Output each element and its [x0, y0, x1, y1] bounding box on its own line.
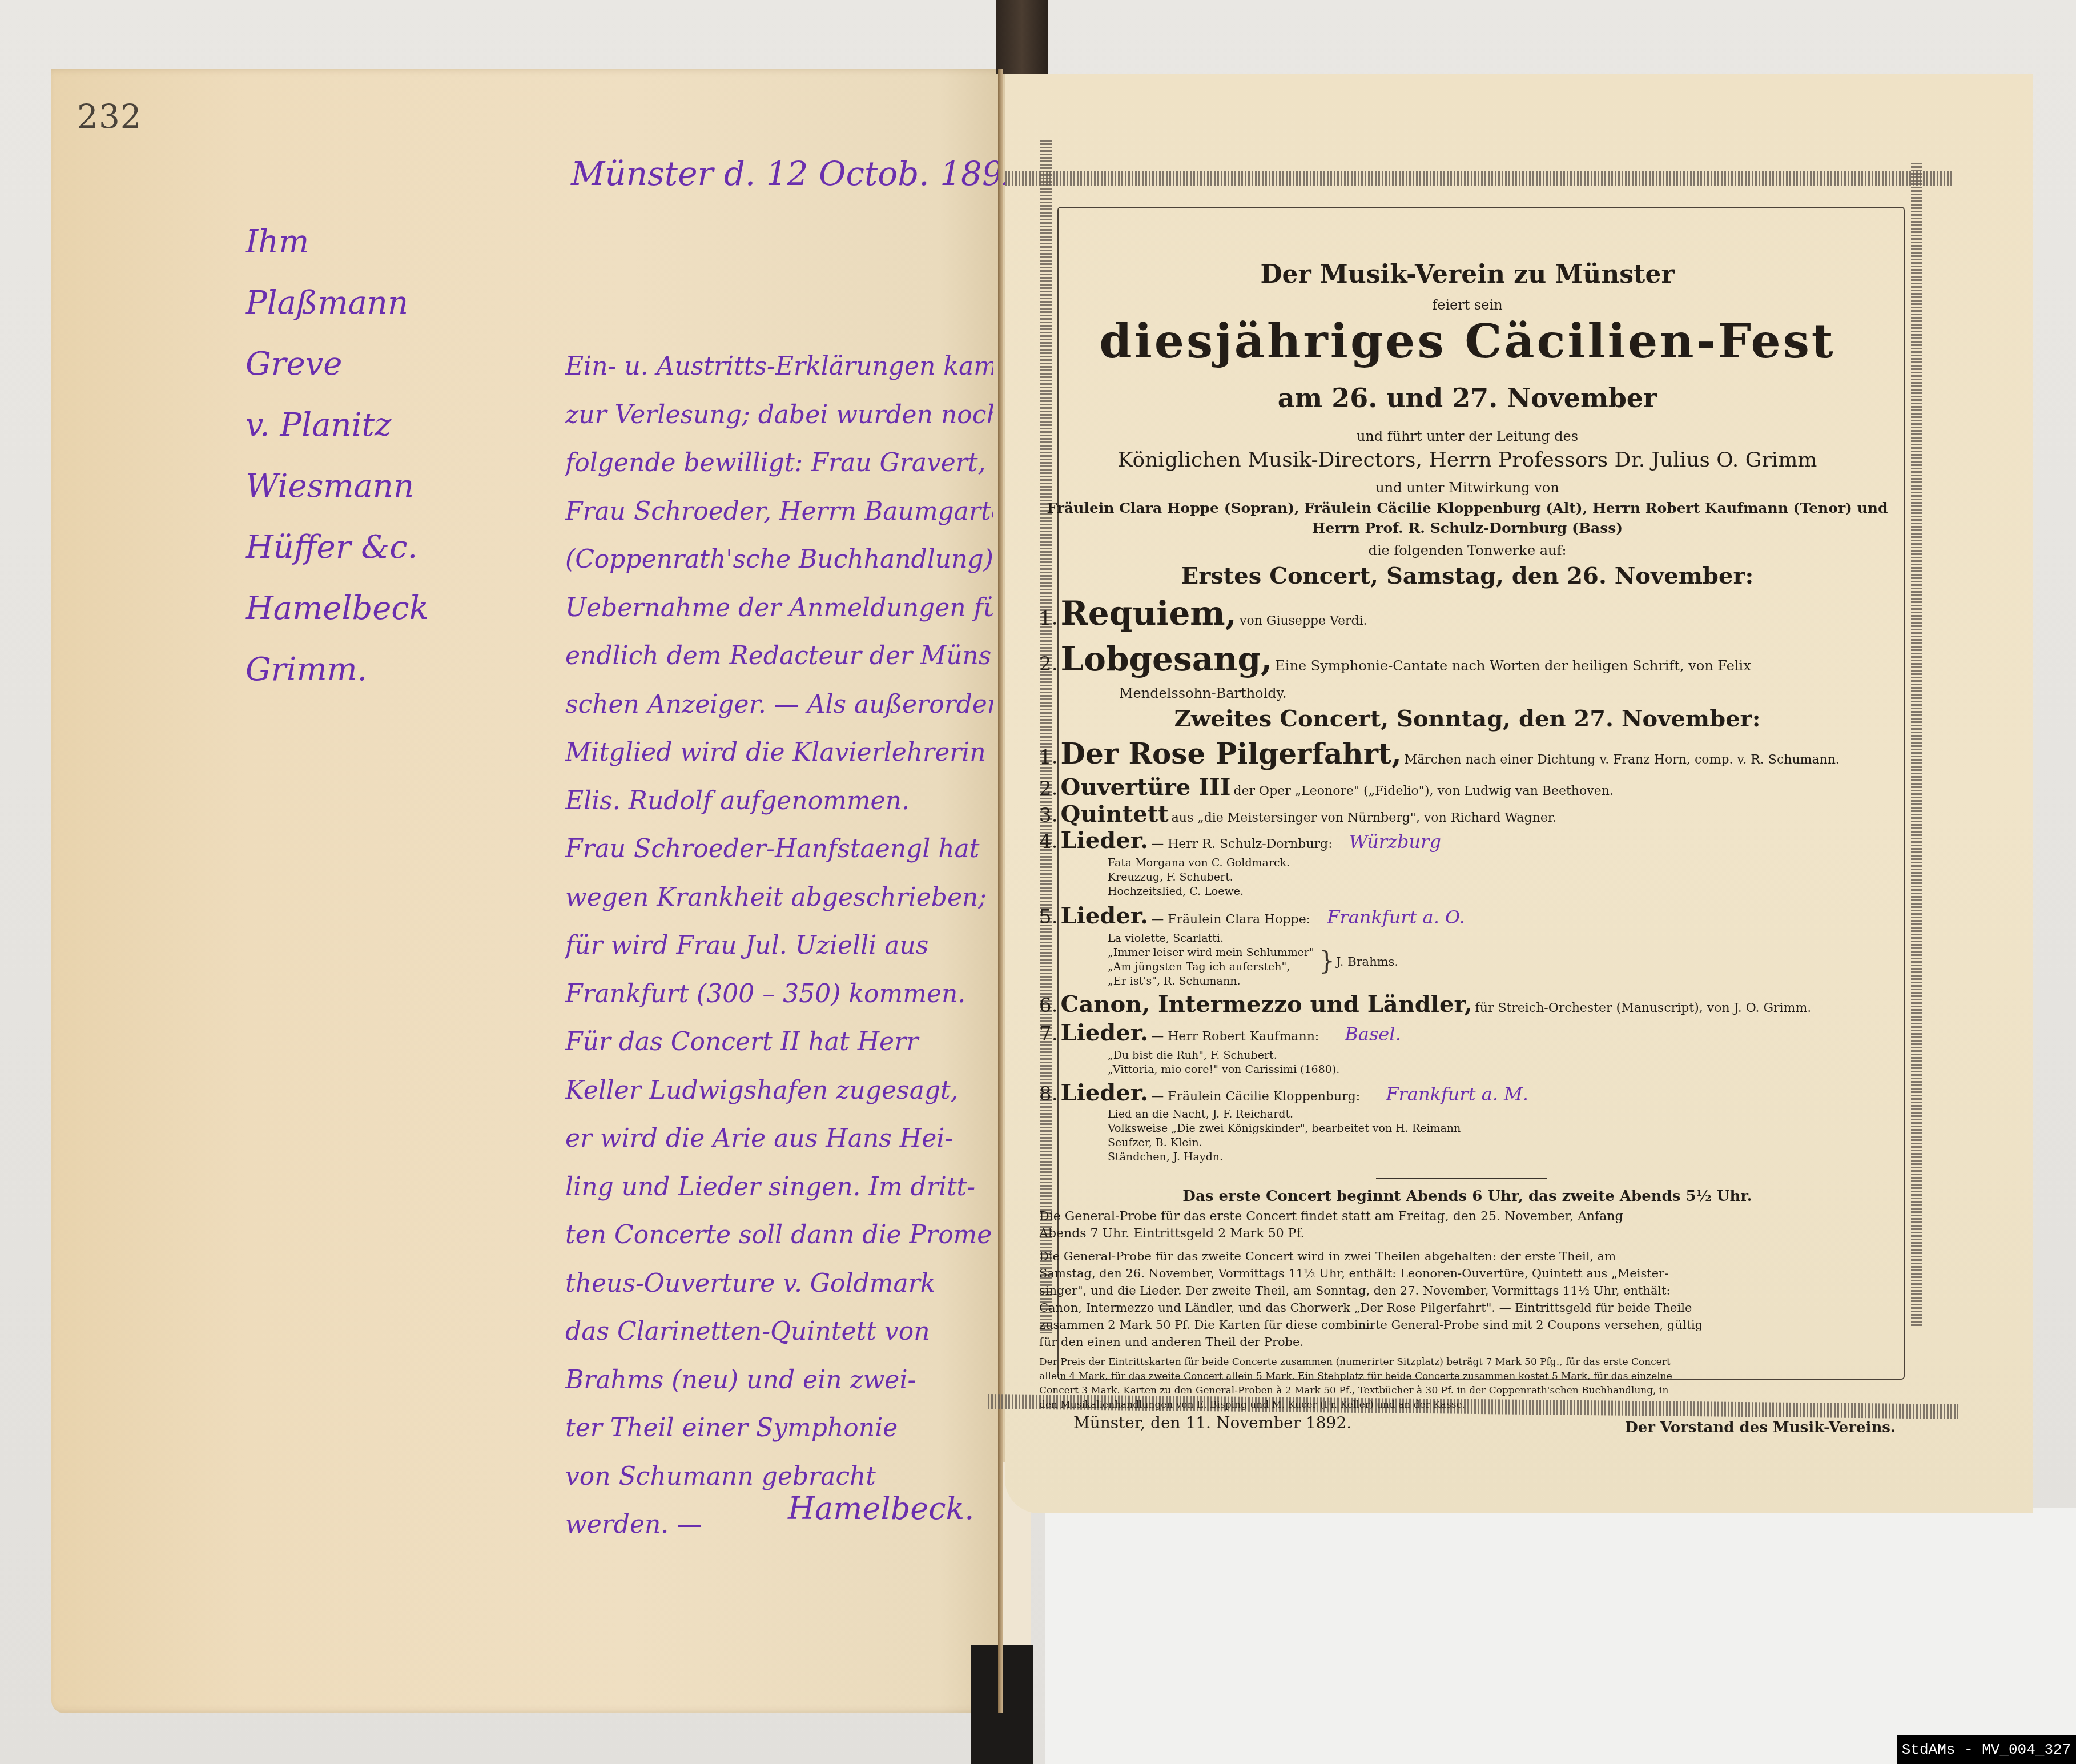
rehearsal-text: Canon, Intermezzo und Ländler, und das C…: [1039, 1299, 1896, 1317]
minutes-line: theus-Ouverture v. Goldmark: [565, 1260, 993, 1308]
tissue-paper: [1045, 1508, 2076, 1764]
handwritten-annotation: Frankfurt a. O.: [1327, 906, 1465, 928]
soloists-line: Fräulein Clara Hoppe (Sopran), Fräulein …: [1039, 500, 1896, 516]
minutes-line: Ein- u. Austritts-Erklärungen kamen: [565, 343, 993, 391]
program-item: 6. Canon, Intermezzo und Ländler, für St…: [1039, 991, 1896, 1018]
program-item: 4. Lieder. — Herr R. Schulz-Dornburg: Wü…: [1039, 827, 1896, 854]
minutes-line: Keller Ludwigshafen zugesagt,: [565, 1067, 993, 1115]
song: Lied an die Nacht, J. F. Reichardt.: [1108, 1108, 1964, 1120]
program-item: 1. Requiem, von Giuseppe Verdi.: [1039, 594, 1896, 633]
minutes-line: (Coppenrath'sche Buchhandlung) u. Frau f…: [565, 536, 993, 584]
song: „Du bist die Ruh", F. Schubert.: [1108, 1049, 1964, 1062]
handwritten-annotation: Frankfurt a. M.: [1386, 1083, 1528, 1105]
song: La violette, Scarlatti.: [1108, 932, 1964, 945]
handwritten-annotation: Basel.: [1345, 1023, 1401, 1045]
minutes-line: zur Verlesung; dabei wurden noch: [565, 391, 993, 440]
minutes-line: Frau Schroeder-Hanfstaengl hat: [565, 825, 993, 874]
minutes-line: ling und Lieder singen. Im dritt-: [565, 1163, 993, 1212]
soloists-line: Herrn Prof. R. Schulz-Dornburg (Bass): [1039, 520, 1896, 536]
minutes-line: Mitglied wird die Klavierlehrerin Frl.: [565, 729, 993, 777]
song: Hochzeitslied, C. Loewe.: [1108, 885, 1964, 898]
recipient: Plaßmann: [246, 272, 451, 333]
intro-line: die folgenden Tonwerke auf:: [1039, 543, 1896, 558]
issuer: Der Vorstand des Musik-Vereins.: [1625, 1419, 1896, 1436]
minutes-line: endlich dem Redacteur der Münster: [565, 632, 993, 681]
society-line: Der Musik-Verein zu Münster: [1039, 260, 1896, 289]
start-times: Das erste Concert beginnt Abends 6 Uhr, …: [1039, 1188, 1896, 1205]
song: Ständchen, J. Haydn.: [1108, 1151, 1964, 1163]
program-item: 5. Lieder. — Fräulein Clara Hoppe: Frank…: [1039, 902, 1896, 929]
recipient: v. Planitz: [246, 395, 451, 456]
border-top-rule: [1005, 171, 1953, 186]
rehearsal-text: singer", und die Lieder. Der zweite Thei…: [1039, 1282, 1896, 1300]
program-item: 3. Quintett aus „die Meistersinger von N…: [1039, 801, 1896, 827]
intro-line: feiert sein: [1039, 297, 1896, 313]
song: Seufzer, B. Klein.: [1108, 1136, 1964, 1149]
rehearsal-text: für den einen und anderen Theil der Prob…: [1039, 1333, 1896, 1351]
signature: Hamelbeck.: [788, 1490, 974, 1526]
concert2-heading: Zweites Concert, Sonntag, den 27. Novemb…: [1039, 705, 1896, 732]
program-item: 2. Lobgesang, Eine Symphonie-Cantate nac…: [1039, 640, 1896, 678]
minutes-line: er wird die Arie aus Hans Hei-: [565, 1115, 993, 1163]
recipient: Grimm.: [246, 639, 451, 700]
minutes-line: Für das Concert II hat Herr: [565, 1018, 993, 1067]
rehearsal-text: Abends 7 Uhr. Eintrittsgeld 2 Mark 50 Pf…: [1039, 1225, 1896, 1243]
director-line: Königlichen Musik-Directors, Herrn Profe…: [1039, 448, 1896, 472]
page-gutter: [998, 69, 1003, 1713]
song: „Er ist's", R. Schumann.: [1108, 975, 1964, 987]
song: „Vittoria, mio core!" von Carissimi (168…: [1108, 1063, 1964, 1076]
recipient: Hüffer &c.: [246, 517, 451, 578]
brace-composer: J. Brahms.: [1336, 955, 2076, 969]
meeting-minutes: Ein- u. Austritts-Erklärungen kamen zur …: [565, 343, 993, 1549]
song: Volksweise „Die zwei Königskinder", bear…: [1108, 1122, 1964, 1135]
page-number: 232: [77, 97, 142, 136]
concert1-heading: Erstes Concert, Samstag, den 26. Novembe…: [1039, 562, 1896, 589]
minutes-line: Frankfurt (300 – 350) kommen.: [565, 970, 993, 1019]
minutes-line: für wird Frau Jul. Uzielli aus: [565, 922, 993, 970]
rehearsal-text: zusammen 2 Mark 50 Pf. Die Karten für di…: [1039, 1316, 1896, 1334]
ornament-divider: [1376, 1178, 1547, 1179]
song: Fata Morgana von C. Goldmarck.: [1108, 857, 1964, 869]
archive-reference-label: StdAMs - MV_004_327: [1897, 1735, 2076, 1764]
program-item-cont: Mendelssohn-Bartholdy.: [1119, 685, 1976, 701]
recipient: Greve: [246, 333, 451, 395]
minutes-line: ter Theil einer Symphonie: [565, 1404, 993, 1453]
rehearsal-text: Samstag, den 26. November, Vormittags 11…: [1039, 1265, 1896, 1283]
intro-line: und führt unter der Leitung des: [1039, 428, 1896, 444]
festival-dates: am 26. und 27. November: [1039, 383, 1896, 413]
minutes-line: Brahms (neu) und ein zwei-: [565, 1356, 993, 1405]
minutes-line: Uebernahme der Anmeldungen für: [565, 584, 993, 633]
intro-line: und unter Mitwirkung von: [1039, 480, 1896, 496]
program-item: 7. Lieder. — Herr Robert Kaufmann: Basel…: [1039, 1019, 1896, 1046]
minutes-line: Frau Schroeder, Herrn Baumgarten: [565, 488, 993, 536]
handwritten-annotation: Würzburg: [1349, 831, 1441, 853]
recipient: Hamelbeck: [246, 578, 451, 639]
rehearsal-text: Die General-Probe für das zweite Concert…: [1039, 1248, 1896, 1265]
rehearsal-text: Die General-Probe für das erste Concert …: [1039, 1208, 1896, 1225]
recipient: Ihm: [246, 211, 451, 272]
recipients-list: Ihm Plaßmann Greve v. Planitz Wiesmann H…: [246, 211, 451, 700]
handwritten-date: Münster d. 12 Octob. 1892: [571, 154, 1024, 193]
minutes-line: folgende bewilligt: Frau Gravert,: [565, 439, 993, 488]
minutes-line: schen Anzeiger. — Als außerordentl.: [565, 681, 993, 729]
price-text: den Musikalienhandlungen von E. Bisping …: [1039, 1396, 1896, 1414]
song: Kreuzzug, F. Schubert.: [1108, 871, 1964, 883]
minutes-line: Elis. Rudolf aufgenommen.: [565, 777, 993, 826]
festival-title: diesjähriges Cäcilien-Fest: [1039, 314, 1896, 369]
minutes-line: ten Concerte soll dann die Prome-: [565, 1211, 993, 1260]
minutes-line: wegen Krankheit abgeschrieben; da: [565, 874, 993, 922]
minutes-line: das Clarinetten-Quintett von: [565, 1308, 993, 1356]
book-spine: [996, 0, 1048, 74]
program-item: 2. Ouvertüre III der Oper „Leonore" („Fi…: [1039, 774, 1896, 801]
program-item: 1. Der Rose Pilgerfahrt, Märchen nach ei…: [1039, 737, 1896, 770]
program-item: 8. Lieder. — Fräulein Cäcilie Kloppenbur…: [1039, 1079, 1896, 1106]
recipient: Wiesmann: [246, 456, 451, 517]
